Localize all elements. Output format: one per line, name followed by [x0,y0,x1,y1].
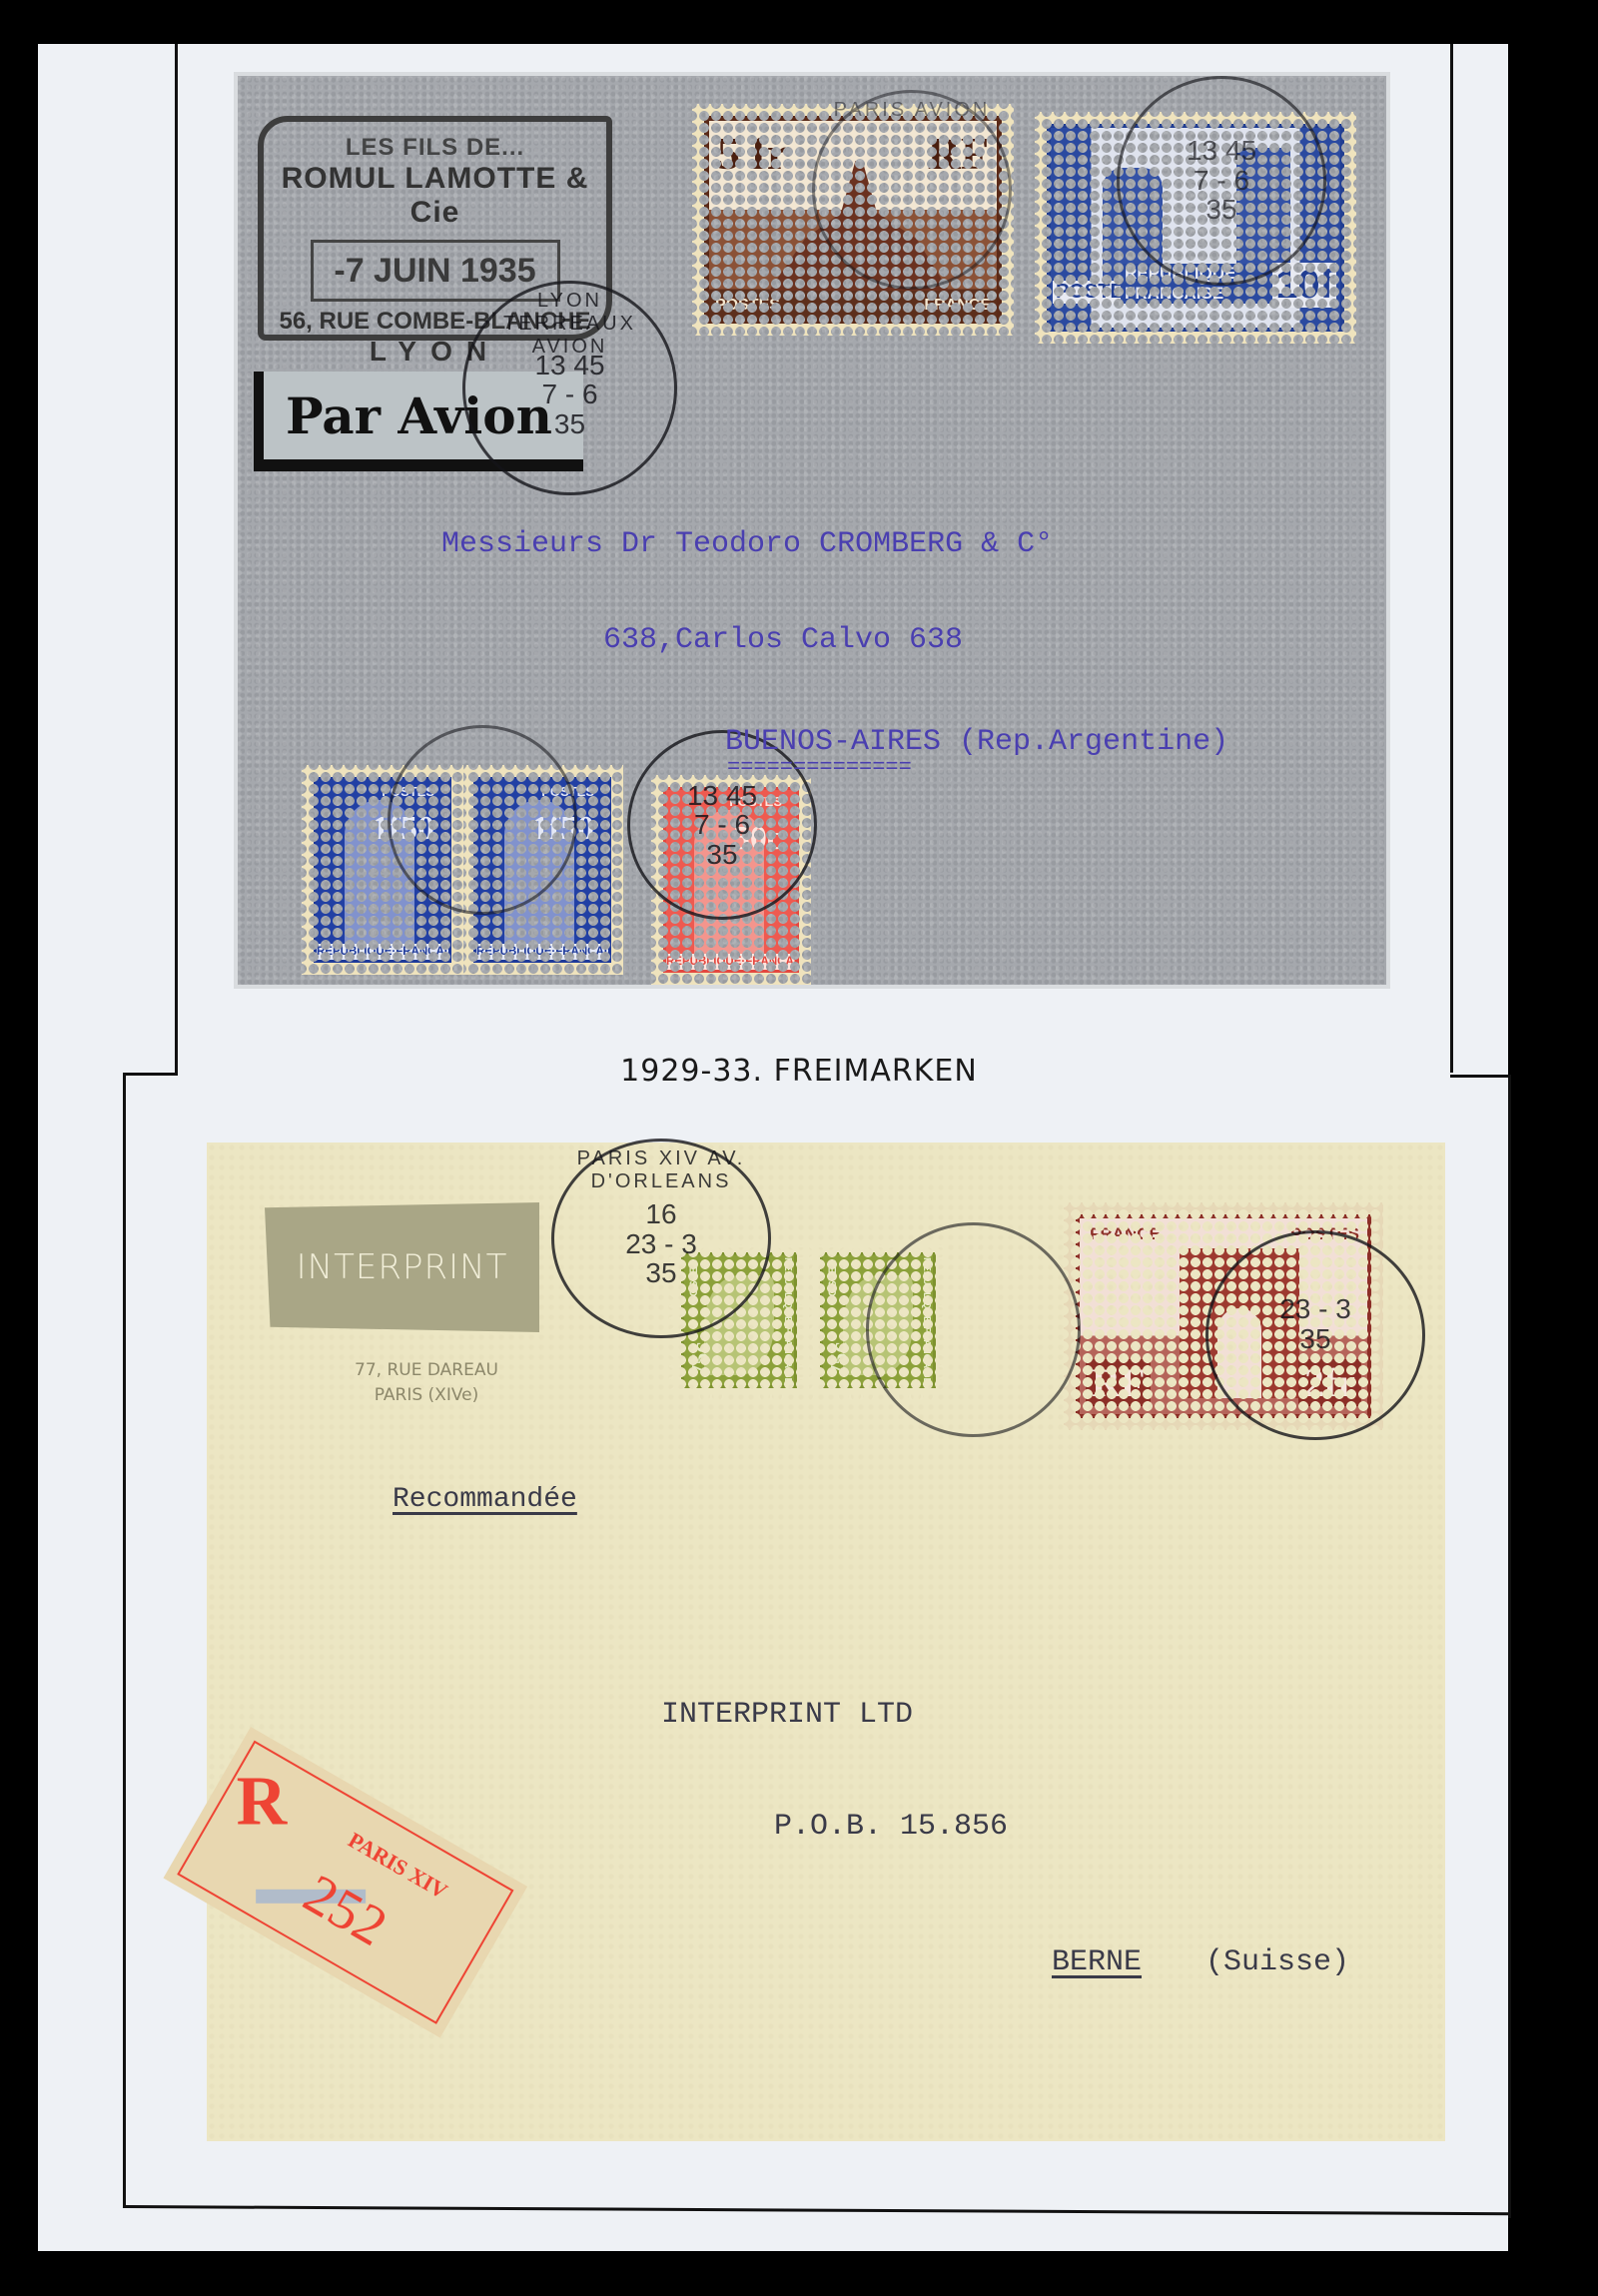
recipient-line2: P.O.B. 15.856 [774,1810,1008,1844]
stamp-value: 10f [1272,263,1336,308]
cachet-line1: LES FILS DE... [264,134,606,162]
recipient-city: BUENOS-AIRES (Rep.Argentine) [725,725,1228,759]
postmark [866,1222,1081,1437]
postmark: LYON TERREAUX AVION 13 45 7 - 6 35 [462,281,677,495]
stamp-rf: RF [1086,1359,1151,1406]
postmark: PARIS AVION [812,90,1012,290]
postmark-year: 35 [465,409,674,438]
postmark-year: 35 [1208,1324,1422,1353]
postmark [388,725,577,915]
recipient-line1: INTERPRINT LTD [661,1698,913,1732]
registration-label: R PARIS XIV 252 [164,1727,528,2038]
postmark-ring-text: PARIS AVION [821,99,1003,281]
recipient-line1: Messieurs Dr Teodoro CROMBERG & C° [441,527,1053,561]
registration-letter: R [237,1763,288,1843]
registration-number: 252 [293,1862,398,1958]
stamp-value: 5 fr [717,127,787,180]
postmark-year: 35 [1120,195,1323,224]
interprint-logo: INTERPRINT [265,1202,539,1332]
brand-name: INTERPRINT [297,1247,508,1287]
sender-street: 77, RUE DAREAU [327,1358,526,1383]
postmark-date: 7 - 6 [630,810,814,839]
postmark-year: 35 [554,1258,768,1287]
stamp-republique: REPUBLIQUE·FRANCAISE [782,1257,793,1384]
section-title: 1929-33. FREIMARKEN [0,1054,1598,1089]
postmark-year: 35 [630,840,814,869]
frame-line-top-left-vertical [175,44,178,1073]
sender-city: PARIS (XIVe) [327,1383,526,1408]
stamp-value: 75c [688,1342,715,1377]
stamp-postes: POSTES [827,1259,839,1304]
recipient-city-underline: ============== [727,755,912,780]
postmark-time: 13 45 [630,781,814,810]
stamp-france: FRANCE [1090,1224,1161,1244]
postmark-time: 16 [554,1199,768,1228]
recipient-line2: 638,Carlos Calvo 638 [603,623,963,657]
recipient-country: (Suisse) [1205,1945,1349,1979]
postmark: PARIS XIV AV. D'ORLEANS 16 23 - 3 35 [551,1139,771,1338]
stamp-postes: POSTES [715,297,780,315]
postmark-time: 13 45 [465,351,674,380]
postmark-date: 23 - 3 [554,1229,768,1258]
postmark-time: 13 45 [1120,136,1323,165]
registered-note: Recommandée [393,1484,577,1515]
postmark-date: 23 - 3 [1208,1294,1422,1323]
stamp-republique: REPUBLIQUE·FRANCAISE [666,954,796,970]
postmark-date: 7 - 6 [465,380,674,408]
airmail-cover: LES FILS DE... ROMUL LAMOTTE & Cie -7 JU… [238,76,1386,985]
cachet-company: ROMUL LAMOTTE & Cie [264,162,606,230]
frame-line-bottom-left-vertical [123,1073,126,2207]
postmark: 13 45 7 - 6 35 [1117,76,1326,286]
frame-line-top-right-vertical [1450,44,1453,1073]
postmark-date: 7 - 6 [1120,166,1323,195]
stamp-republique: REPUBLIQUE·FRANCAISE [317,944,448,960]
postmark: 23 - 3 35 [1205,1230,1425,1440]
registered-cover: INTERPRINT 77, RUE DAREAU PARIS (XIVe) P… [207,1143,1445,2141]
stamp-france: FRANCE [924,297,991,315]
stamp-republique: REPUBLIQUE·FRANCAISE [476,944,608,960]
recipient-city: BERNE [1052,1945,1142,1979]
frame-line-bottom-right-vertical [1508,1075,1511,2218]
stamp-value: 75c [827,1342,854,1377]
sender-address: 77, RUE DAREAU PARIS (XIVe) [327,1358,526,1407]
